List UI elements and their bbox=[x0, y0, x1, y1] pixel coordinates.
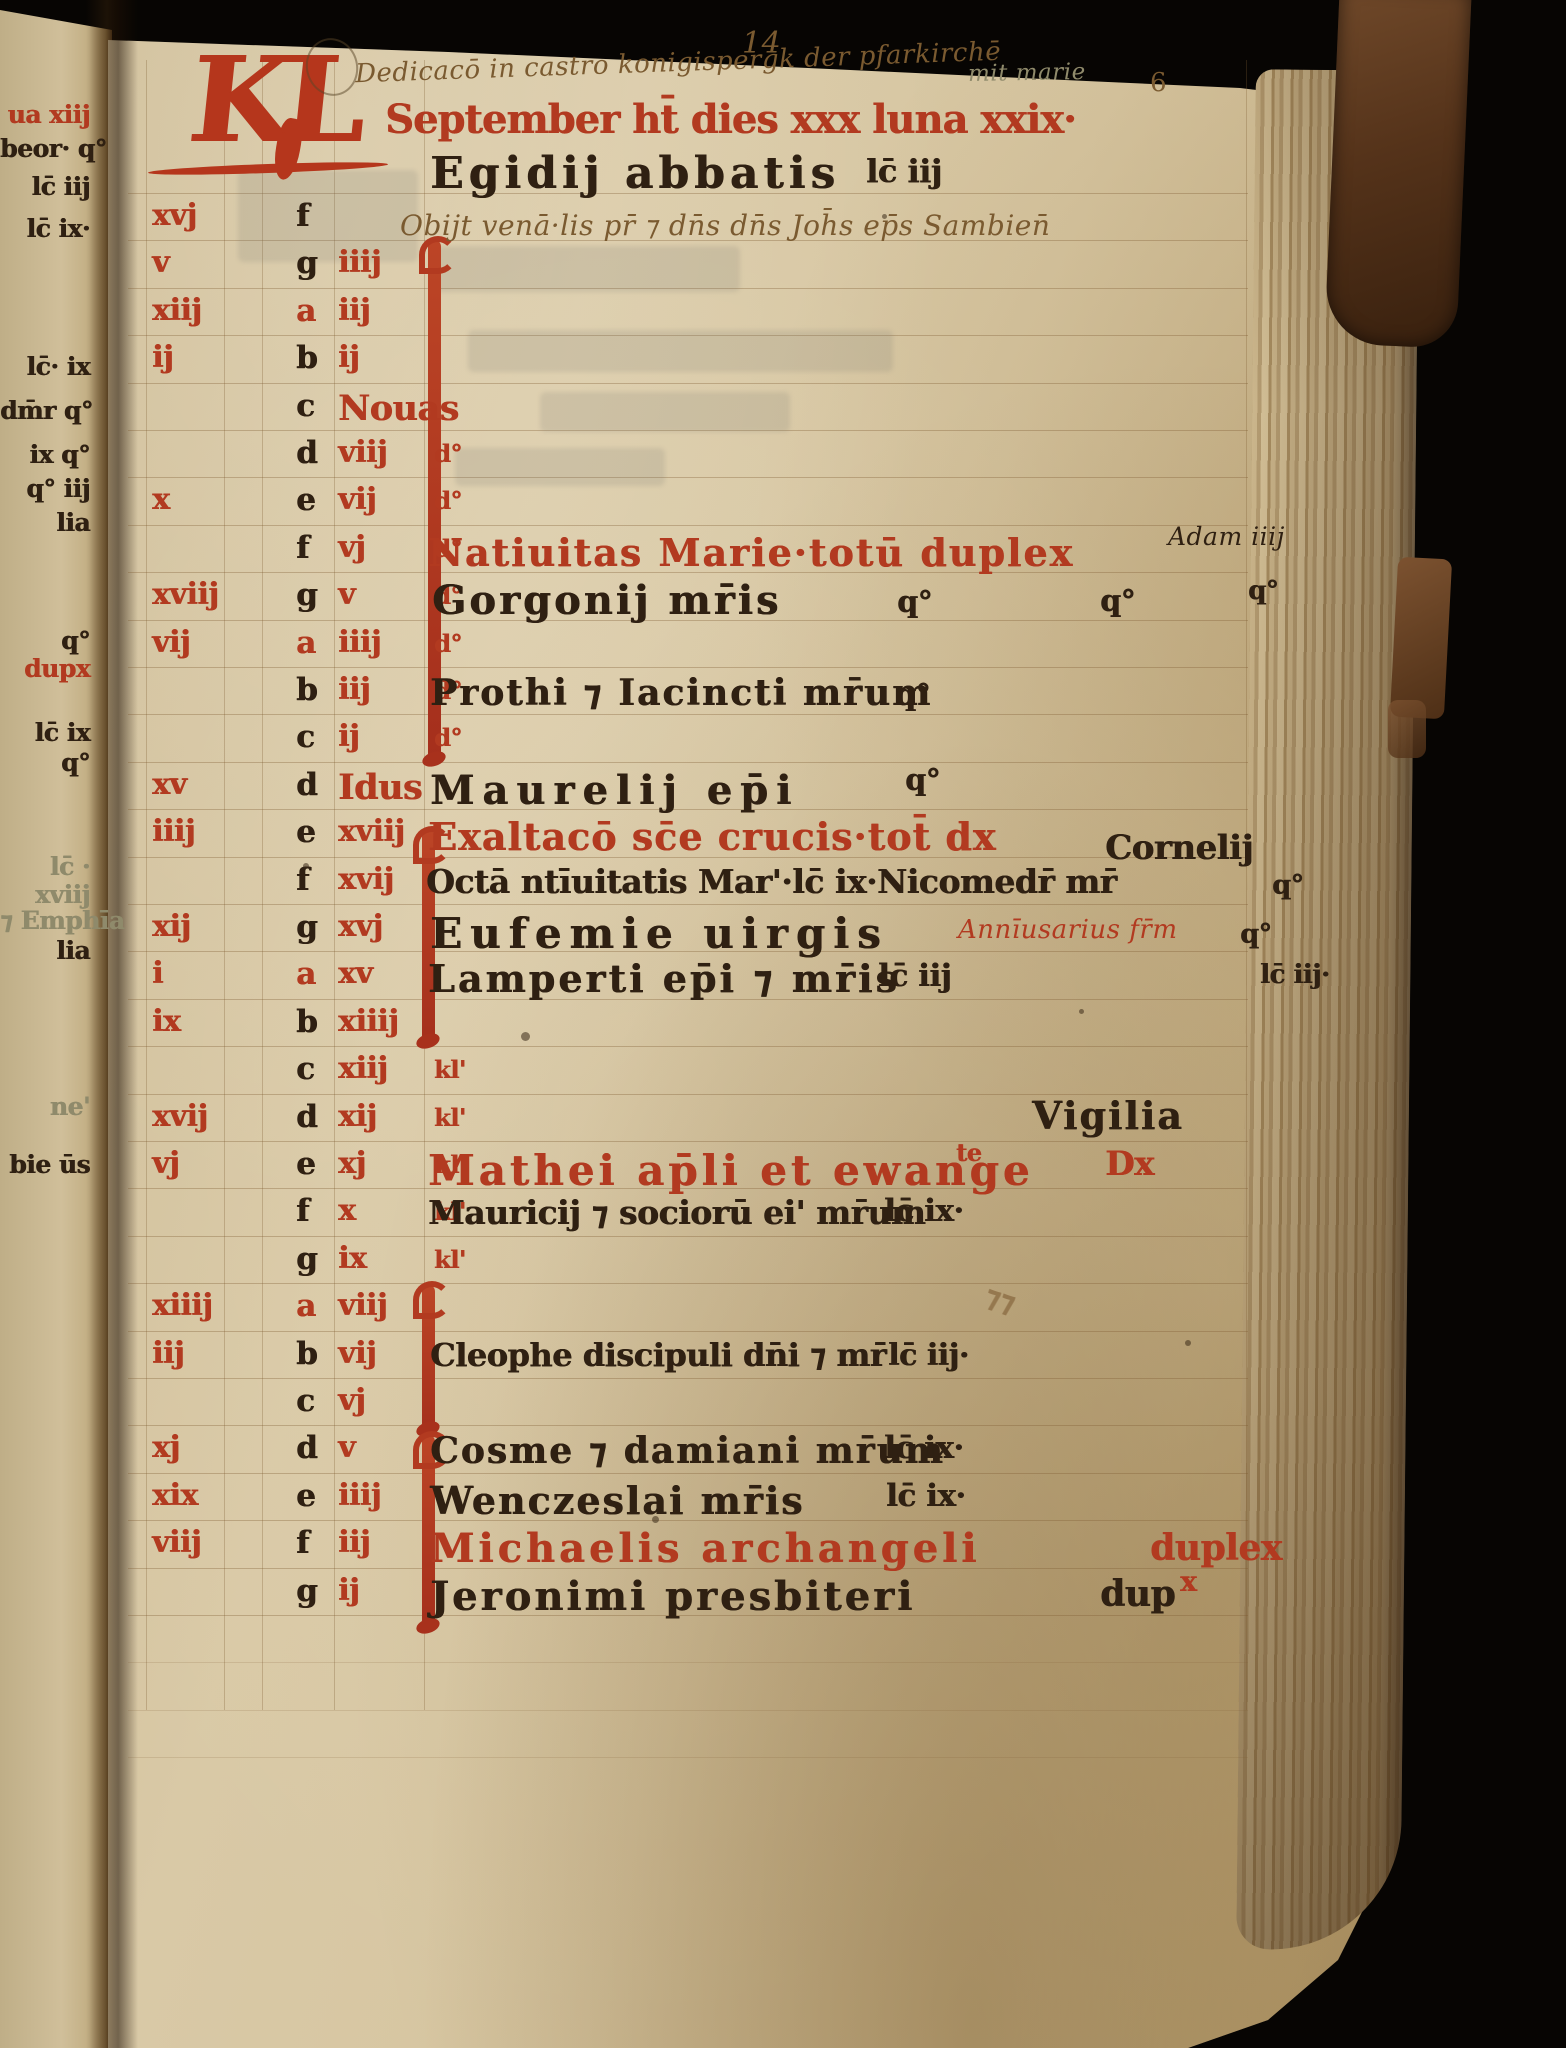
dominical-letter: d bbox=[296, 1430, 317, 1466]
day-count: iij bbox=[338, 1525, 370, 1560]
golden-number: x bbox=[152, 482, 169, 517]
dominical-letter: g bbox=[296, 1241, 317, 1277]
ruled-line-vertical bbox=[1246, 60, 1247, 1710]
dominical-letter: d bbox=[296, 767, 317, 803]
ruled-line-vertical bbox=[334, 60, 335, 1710]
edge-fragment: dm̄r q° bbox=[0, 396, 90, 425]
ink-showthrough bbox=[455, 448, 665, 486]
edge-fragment: lia bbox=[0, 508, 90, 537]
calendar-entry: Natiuitas Marie·totū duplex bbox=[428, 530, 1074, 575]
calendar-entry: Adam iiij bbox=[1168, 522, 1285, 551]
edge-fragment: lc̄ ix bbox=[0, 718, 90, 747]
edge-fragment: ua xiij bbox=[0, 100, 90, 129]
ruled-line-horizontal bbox=[128, 1046, 1248, 1047]
calendar-entry: q° bbox=[1272, 870, 1303, 901]
calendar-entry: Mauricij ⁊ sociorū ei' mr̄um bbox=[428, 1193, 925, 1232]
dedication-note-faded: mit marie bbox=[968, 59, 1086, 87]
ink-speck bbox=[1185, 1340, 1191, 1346]
dominical-letter: g bbox=[296, 577, 317, 613]
day-count: Nouas bbox=[338, 388, 459, 429]
dominical-letter: b bbox=[296, 1004, 317, 1040]
ink-speck bbox=[652, 1516, 659, 1523]
binding-leather bbox=[1324, 0, 1472, 349]
calendar-entry: q° bbox=[1248, 576, 1278, 606]
dominical-letter: g bbox=[296, 1573, 317, 1609]
calendar-entry: te bbox=[956, 1138, 981, 1167]
calendar-entry: lc̄ ix· bbox=[884, 1430, 964, 1466]
month-title: September ht̄ dies xxx luna xxix· bbox=[385, 96, 1076, 143]
calendar-entry: Annīusarius fr̄m bbox=[958, 915, 1177, 945]
calendar-entry: q° bbox=[1240, 919, 1271, 950]
day-count: x bbox=[338, 1193, 355, 1228]
edge-fragment: q° iij bbox=[0, 474, 90, 503]
ruled-line-horizontal bbox=[128, 904, 1248, 905]
edge-fragment: ix q° bbox=[0, 440, 90, 469]
dominical-letter: f bbox=[296, 530, 309, 566]
calendar-entry: q° bbox=[895, 678, 930, 713]
golden-number: xiij bbox=[152, 293, 202, 328]
dominical-letter: d bbox=[296, 435, 317, 471]
calendar-entry: Wenczeslai mr̄is bbox=[430, 1478, 804, 1523]
dominical-letter: c bbox=[296, 388, 314, 424]
dominical-letter: c bbox=[296, 1383, 314, 1419]
dominical-letter: e bbox=[296, 1478, 315, 1514]
edge-fragment: q° bbox=[0, 626, 90, 655]
dominical-letter: b bbox=[296, 340, 317, 376]
day-count: iij bbox=[338, 293, 370, 328]
day-count: iiij bbox=[338, 245, 381, 280]
dominical-letter: a bbox=[296, 1288, 316, 1324]
kalendas-mark: d° bbox=[434, 723, 462, 752]
edge-fragment: ⁊ Emphīa bbox=[0, 906, 90, 935]
ruled-line-horizontal bbox=[128, 714, 1248, 715]
dominical-letter: a bbox=[296, 625, 316, 661]
dominical-letter: a bbox=[296, 956, 316, 992]
day-count: ij bbox=[338, 719, 359, 754]
dominical-letter: e bbox=[296, 482, 315, 518]
ink-showthrough bbox=[468, 330, 893, 372]
golden-number: vij bbox=[152, 625, 190, 660]
dominical-letter: g bbox=[296, 245, 317, 281]
calendar-entry: Cosme ⁊ damiani mr̄um bbox=[430, 1430, 945, 1472]
ink-showthrough bbox=[430, 246, 740, 292]
calendar-entry: Mathei ap̄li et ewange bbox=[428, 1146, 1034, 1195]
calendar-entry: Maurelij ep̄i bbox=[430, 767, 799, 814]
ruled-line-horizontal bbox=[128, 1331, 1248, 1332]
ruled-line-vertical bbox=[224, 60, 225, 1710]
calendar-entry: Prothi ⁊ Iacincti mr̄um bbox=[430, 672, 932, 714]
calendar-entry: Octā ntīuitatis Mar'·lc̄ ix·Nicomedr̄ mr… bbox=[426, 862, 1116, 901]
day-count: viij bbox=[338, 435, 387, 470]
golden-number: ix bbox=[152, 1004, 180, 1039]
leather-clasp-remnant bbox=[1388, 700, 1426, 758]
edge-fragment: dupx bbox=[0, 654, 90, 683]
golden-number: v bbox=[152, 245, 169, 280]
calendar-entry: Exaltacō sc̄e crucis·tot̄ dx bbox=[428, 814, 996, 859]
dominical-letter: d bbox=[296, 1099, 317, 1135]
day-count: xv bbox=[338, 956, 372, 991]
calendar-entry: lc̄ iij bbox=[878, 958, 951, 994]
dominical-letter: b bbox=[296, 1336, 317, 1372]
day-count: ij bbox=[338, 340, 359, 375]
dominical-letter: b bbox=[296, 672, 317, 708]
golden-number: iij bbox=[152, 1336, 184, 1371]
ruled-line-horizontal bbox=[128, 667, 1248, 668]
day-count: xiij bbox=[338, 1051, 388, 1086]
calendar-entry: lc̄ ix· bbox=[884, 1193, 964, 1229]
ink-showthrough bbox=[540, 392, 790, 432]
calendar-entry: q° bbox=[897, 585, 932, 620]
calendar-entry: Egidij abbatis bbox=[430, 148, 840, 199]
kalendas-mark: kl' bbox=[434, 1245, 466, 1274]
dominical-letter: e bbox=[296, 814, 315, 850]
ruled-line-horizontal bbox=[128, 477, 1248, 478]
golden-number: xvj bbox=[152, 198, 197, 233]
edge-fragment: beor· q° bbox=[0, 134, 90, 163]
calendar-entry: Cornelij bbox=[1105, 828, 1253, 868]
ink-speck bbox=[1079, 1009, 1084, 1014]
golden-number: xiiij bbox=[152, 1288, 212, 1323]
edge-fragment: lc̄ iij bbox=[0, 172, 90, 201]
day-count: iiij bbox=[338, 625, 381, 660]
golden-number: xvij bbox=[152, 1099, 208, 1134]
ink-speck bbox=[521, 1032, 530, 1041]
calendar-entry: Vigilia bbox=[1032, 1093, 1184, 1138]
day-count: xj bbox=[338, 1146, 366, 1181]
kalendas-mark: d° bbox=[434, 486, 462, 515]
golden-number: xviij bbox=[152, 577, 218, 612]
day-count: xij bbox=[338, 1099, 377, 1134]
edge-fragment: ne' bbox=[0, 1092, 90, 1121]
ink-showthrough bbox=[238, 170, 418, 262]
dominical-letter: c bbox=[296, 719, 314, 755]
day-count: xvj bbox=[338, 909, 383, 944]
day-count: viij bbox=[338, 1288, 387, 1323]
ink-speck bbox=[882, 214, 887, 219]
ruled-line-horizontal bbox=[128, 1378, 1248, 1379]
calendar-entry: q° bbox=[1100, 584, 1135, 619]
ruled-line-horizontal bbox=[128, 1757, 1248, 1758]
calendar-entry: lc̄ iij bbox=[866, 152, 942, 190]
kalendas-mark: kl' bbox=[434, 1103, 466, 1132]
edge-fragment: lc̄ ix· bbox=[0, 214, 90, 243]
edge-fragment: lc̄· ix bbox=[0, 352, 90, 381]
edge-fragment: lia bbox=[0, 936, 90, 965]
dominical-letter: f bbox=[296, 1193, 309, 1229]
calendar-entry: lc̄ iij· bbox=[888, 1338, 969, 1373]
ruled-line-horizontal bbox=[128, 1662, 1248, 1663]
edge-fragment: q° bbox=[0, 748, 90, 777]
dominical-letter: g bbox=[296, 909, 317, 945]
golden-number: xj bbox=[152, 1430, 180, 1465]
manuscript-photo: KL 14 Dedicacō in castro konigispergk de… bbox=[0, 0, 1566, 2048]
calendar-entry: Cleophe discipuli dn̄i ⁊ mr̄ bbox=[430, 1336, 886, 1374]
golden-number: iiij bbox=[152, 814, 195, 849]
ruled-line-vertical bbox=[262, 60, 263, 1710]
book-gutter-shadow bbox=[86, 0, 138, 2048]
golden-number: ij bbox=[152, 340, 173, 375]
day-count: v bbox=[338, 1430, 355, 1465]
day-count: vij bbox=[338, 1336, 376, 1371]
day-count: xviij bbox=[338, 814, 404, 849]
ruled-line-horizontal bbox=[128, 1425, 1248, 1426]
leather-clasp-remnant bbox=[1390, 557, 1452, 720]
day-count: ij bbox=[338, 1573, 359, 1608]
calendar-entry: dup bbox=[1100, 1573, 1175, 1615]
golden-number: xv bbox=[152, 767, 186, 802]
dominical-letter: a bbox=[296, 293, 316, 329]
golden-number: xij bbox=[152, 909, 191, 944]
dominical-letter: f bbox=[296, 198, 309, 234]
edge-fragment: bie ūs bbox=[0, 1150, 90, 1179]
ruled-line-horizontal bbox=[128, 1473, 1248, 1474]
ruled-line-horizontal bbox=[128, 1236, 1248, 1237]
calendar-entry: Michaelis archangeli bbox=[430, 1525, 980, 1572]
calendar-entry: Jeronimi presbiteri bbox=[430, 1573, 915, 1620]
ruled-line-horizontal bbox=[128, 383, 1248, 384]
calendar-entry: duplex bbox=[1150, 1527, 1282, 1569]
ruled-line-horizontal bbox=[128, 525, 1248, 526]
ruled-line-horizontal bbox=[128, 762, 1248, 763]
day-count: ix bbox=[338, 1241, 366, 1276]
dominical-letter: f bbox=[296, 1525, 309, 1561]
calendar-entry: q° bbox=[905, 763, 940, 798]
dominical-letter: c bbox=[296, 1051, 314, 1087]
page-edges-stack bbox=[1236, 69, 1420, 1951]
calendar-entry: Dx bbox=[1105, 1144, 1154, 1184]
ruled-line-horizontal bbox=[128, 1141, 1248, 1142]
day-count: vij bbox=[338, 482, 376, 517]
day-count: xiiij bbox=[338, 1004, 398, 1039]
day-count: vj bbox=[338, 1383, 365, 1418]
folio-number: 6 bbox=[1150, 68, 1166, 98]
calendar-entry: Eufemie uirgis bbox=[430, 909, 889, 958]
ruled-line-horizontal bbox=[128, 1283, 1248, 1284]
golden-number: vj bbox=[152, 1146, 179, 1181]
kalendas-mark: d° bbox=[434, 439, 462, 468]
day-count: iij bbox=[338, 672, 370, 707]
kalendas-mark: d° bbox=[434, 629, 462, 658]
ink-speck bbox=[303, 863, 309, 869]
day-count: iiij bbox=[338, 1478, 381, 1513]
calendar-entry: lc̄ iij· bbox=[1260, 960, 1329, 990]
day-count: vj bbox=[338, 530, 365, 565]
ruled-line-vertical bbox=[146, 60, 147, 1710]
dominical-letter: e bbox=[296, 1146, 315, 1182]
calendar-entry: Obijt venā·lis pr̄ ⁊ dn̄s dn̄s Joh̄s ep̄… bbox=[400, 209, 1050, 242]
edge-fragment: lc̄ · bbox=[0, 852, 90, 881]
calendar-entry: x bbox=[1180, 1565, 1196, 1598]
golden-number: i bbox=[152, 956, 163, 991]
day-count: Idus bbox=[338, 767, 422, 808]
calendar-entry: Gorgonij mr̄is bbox=[432, 577, 781, 624]
day-count: xvij bbox=[338, 862, 394, 897]
calendar-entry: Lamperti ep̄i ⁊ mr̄is bbox=[428, 956, 900, 1001]
golden-number: viij bbox=[152, 1525, 201, 1560]
day-count: v bbox=[338, 577, 355, 612]
ruled-line-horizontal bbox=[128, 1710, 1248, 1711]
calendar-entry: lc̄ ix· bbox=[886, 1478, 966, 1514]
golden-number: xix bbox=[152, 1478, 198, 1513]
edge-fragment: xviij bbox=[0, 880, 90, 909]
kalendas-mark: kl' bbox=[434, 1055, 466, 1084]
